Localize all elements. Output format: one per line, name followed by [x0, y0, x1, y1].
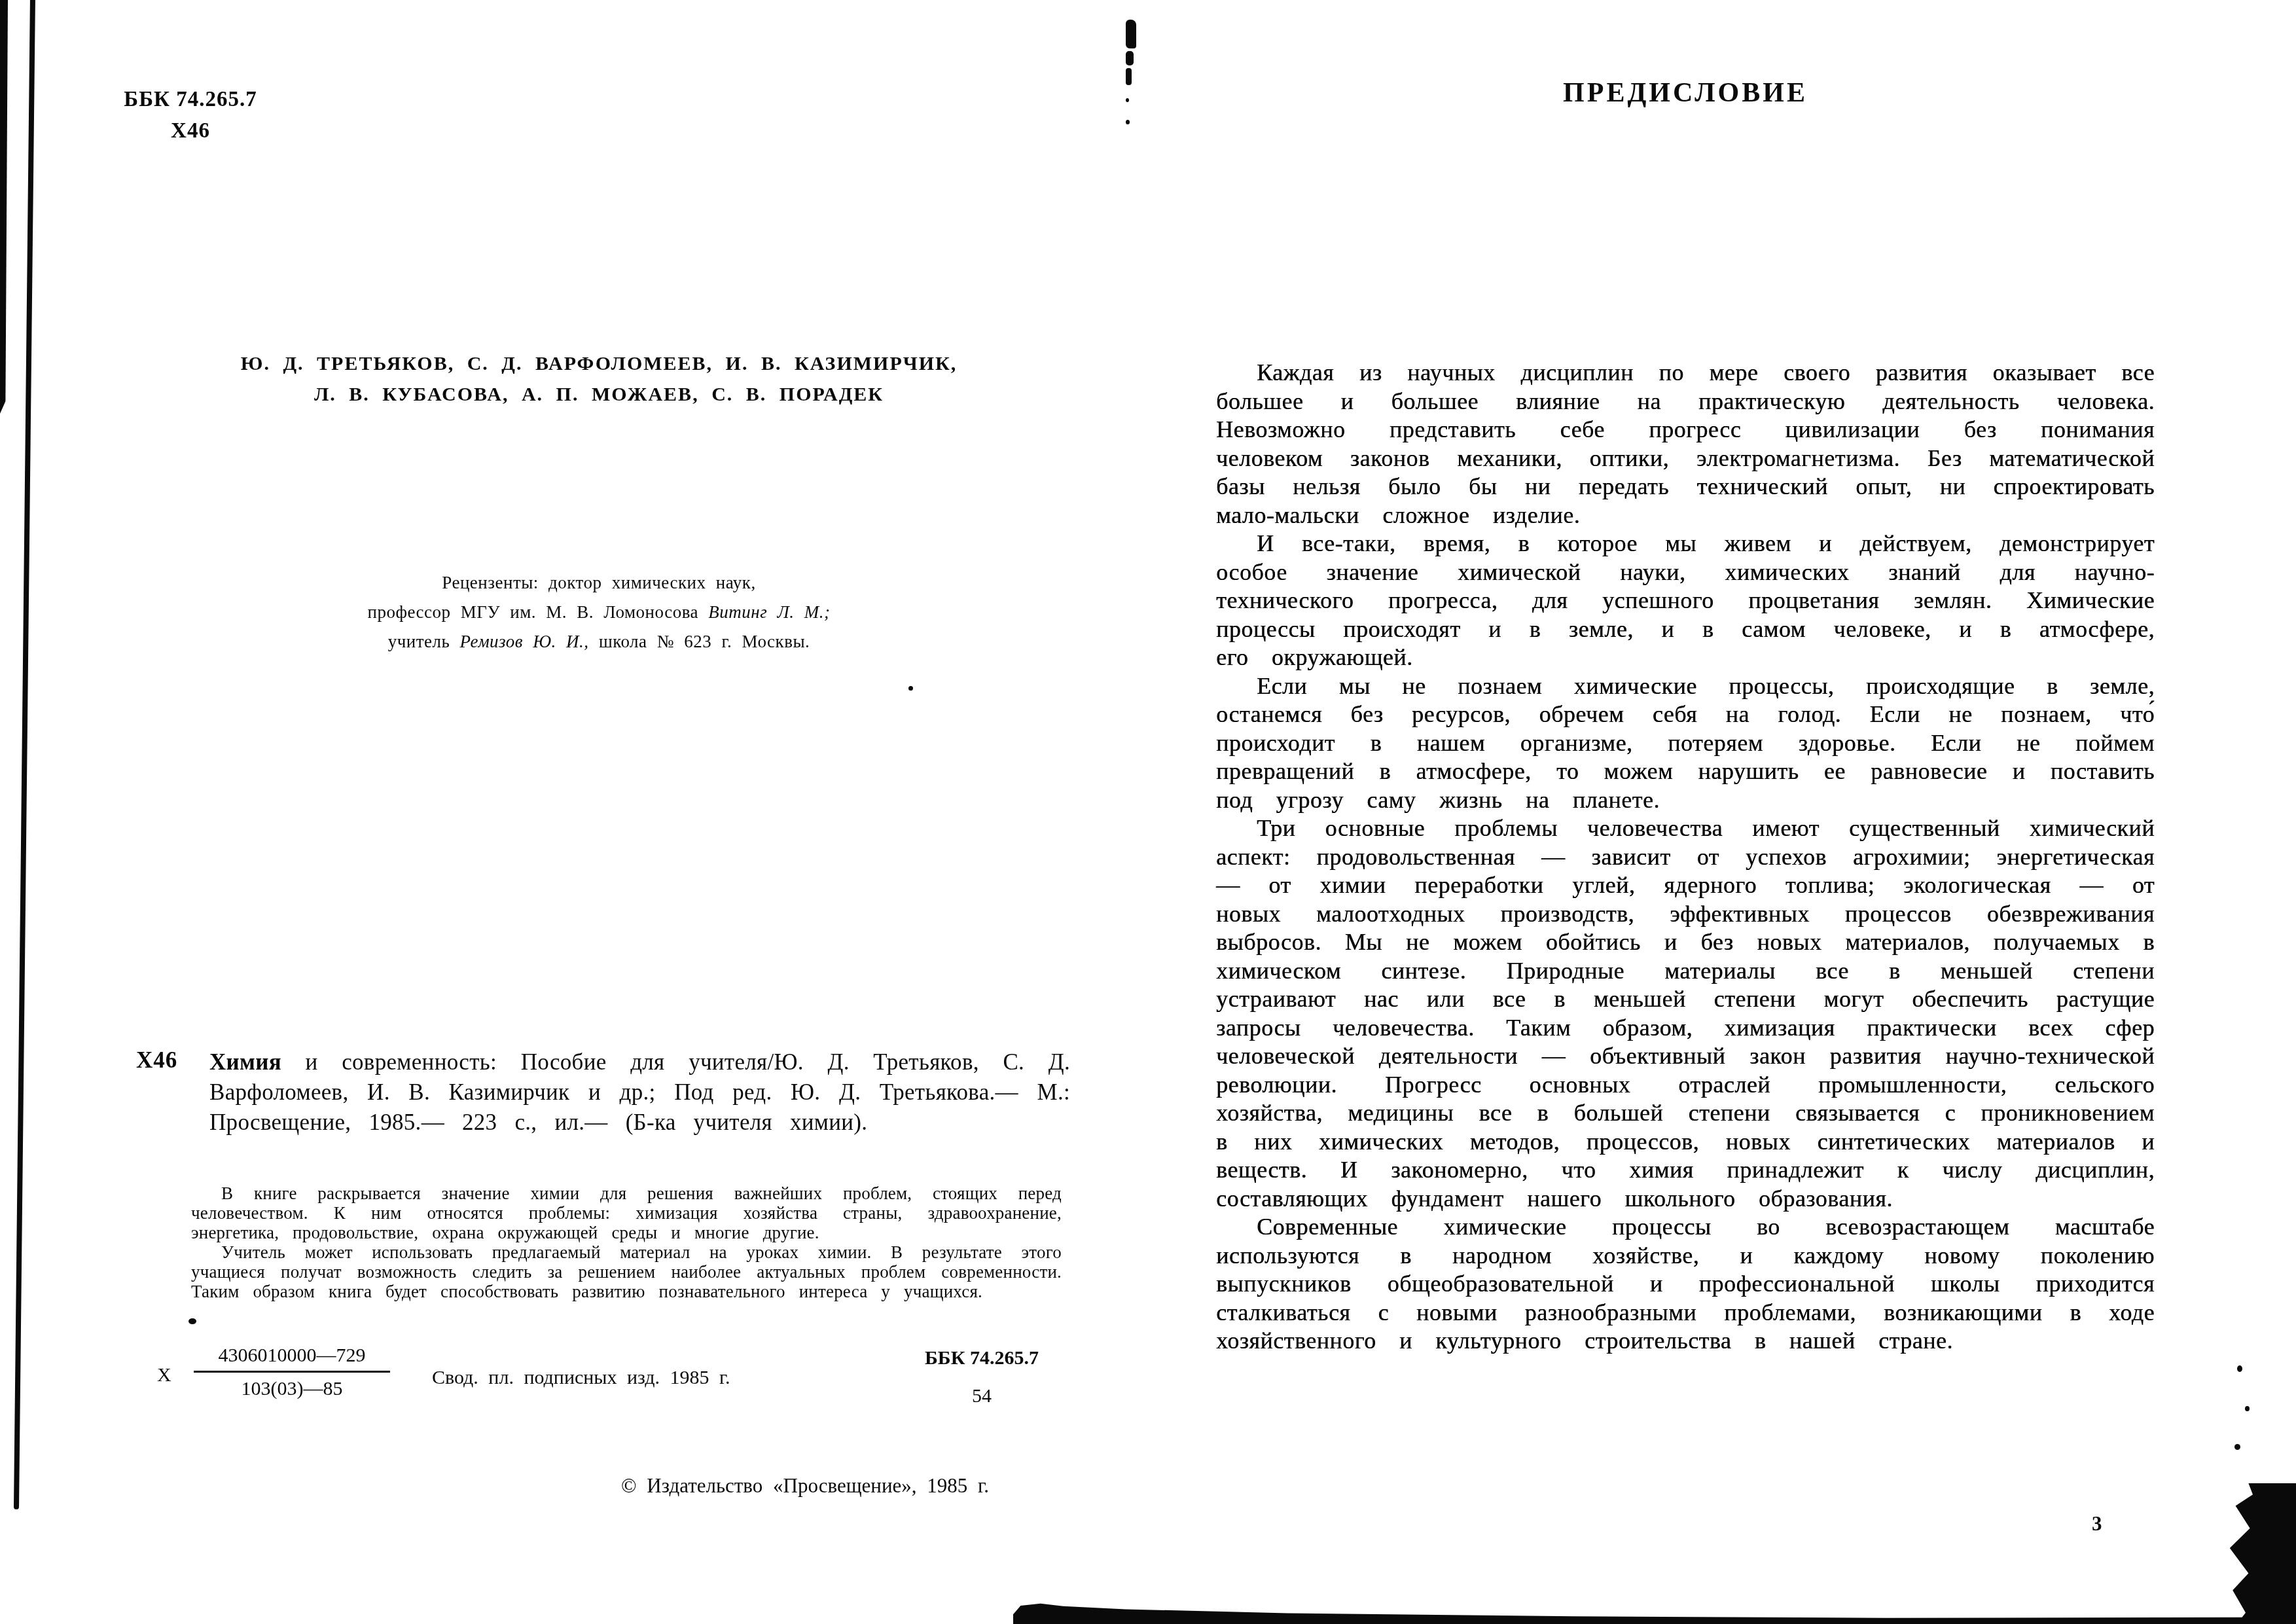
authors-block: Ю. Д. ТРЕТЬЯКОВ, С. Д. ВАРФОЛОМЕЕВ, И. В… [124, 348, 1073, 410]
ink-speck [188, 1318, 196, 1324]
copyright-line: © Издательство «Просвещение», 1985 г. [537, 1474, 1073, 1498]
annotation-paragraph: Учитель может использовать предлагаемый … [191, 1242, 1062, 1301]
reviewers-line: профессор МГУ им. М. В. Ломоносова Витин… [124, 598, 1073, 627]
annotation-paragraph: В книге раскрывается значение химии для … [191, 1183, 1062, 1242]
scan-bottom-shadow [1013, 1598, 2259, 1624]
reviewers-line: учитель Ремизов Ю. И., школа № 623 г. Мо… [124, 627, 1073, 657]
gutter-ink-mark [1126, 51, 1134, 65]
preface-paragraph: Если мы не познаем химические процессы, … [1216, 672, 2155, 815]
preface-paragraph: Каждая из научных дисциплин по мере свое… [1216, 359, 2155, 530]
reviewers-intro: Рецензенты: доктор химических наук, [442, 573, 755, 592]
imprint-letter: Х [157, 1364, 171, 1386]
bbk-code-line: ББК 74.265.7 [122, 84, 259, 115]
imprint-bbk-code: ББК 74.265.7 [925, 1347, 1039, 1369]
catalog-title-bold: Химия [209, 1049, 281, 1075]
gutter-ink-mark [1126, 98, 1129, 102]
gutter-ink-mark [1126, 68, 1132, 85]
imprint-numerator: 4306010000—729 [194, 1343, 390, 1371]
reviewer-name: Ремизов Ю. И., [460, 632, 589, 651]
gutter-ink-mark [1126, 120, 1130, 124]
catalog-author-sign: Х46 [136, 1047, 177, 1074]
annotation-block: В книге раскрывается значение химии для … [191, 1183, 1062, 1301]
reviewer-school: школа № 623 г. Москвы. [589, 632, 810, 651]
imprint-note: Свод. пл. подписных изд. 1985 г. [432, 1367, 730, 1389]
ink-speck [2237, 1365, 2242, 1372]
imprint-denominator: 103(03)—85 [194, 1371, 390, 1401]
reviewer-affiliation: профессор МГУ им. М. В. Ломоносова [368, 602, 709, 622]
ink-speck [908, 686, 913, 691]
ink-speck [2234, 1444, 2240, 1450]
scan-fold-line [14, 0, 35, 1509]
bbk-classification: ББК 74.265.7 Х46 [122, 84, 259, 147]
reviewer-role: учитель [388, 632, 460, 651]
ink-speck [2245, 1406, 2250, 1411]
reviewers-block: Рецензенты: доктор химических наук, проф… [124, 568, 1073, 657]
catalog-entry: Химия и современность: Пособие для учите… [209, 1047, 1070, 1138]
imprint-block: Х 4306010000—729 103(03)—85 Свод. пл. по… [157, 1343, 1086, 1428]
book-spread-scan: ББК 74.265.7 Х46 Ю. Д. ТРЕТЬЯКОВ, С. Д. … [0, 0, 2296, 1624]
authors-line: Л. В. КУБАСОВА, А. П. МОЖАЕВ, С. В. ПОРА… [124, 379, 1073, 410]
preface-paragraph: Три основные проблемы человечества имеют… [1216, 814, 2155, 1213]
reviewers-line: Рецензенты: доктор химических наук, [124, 568, 1073, 598]
imprint-bbk-sub: 54 [890, 1385, 1073, 1407]
preface-paragraph: И все-таки, время, в которое мы живем и … [1216, 530, 2155, 672]
page-number: 3 [2092, 1512, 2102, 1536]
preface-paragraph: Современные химические процессы во всево… [1216, 1213, 2155, 1356]
catalog-entry-text: и современность: Пособие для учителя/Ю. … [209, 1049, 1070, 1135]
imprint-index-fraction: 4306010000—729 103(03)—85 [194, 1343, 390, 1401]
gutter-ink-mark [1126, 20, 1136, 48]
reviewer-name: Витинг Л. М.; [708, 602, 830, 622]
imprint-bbk: ББК 74.265.7 54 [890, 1347, 1073, 1407]
scan-edge-strip [0, 0, 8, 414]
bbk-author-sign: Х46 [122, 115, 259, 147]
scan-corner-shadow [2224, 1483, 2296, 1624]
preface-body: Каждая из научных дисциплин по мере свое… [1216, 359, 2155, 1356]
authors-line: Ю. Д. ТРЕТЬЯКОВ, С. Д. ВАРФОЛОМЕЕВ, И. В… [124, 348, 1073, 379]
preface-heading: ПРЕДИСЛОВИЕ [1216, 77, 2155, 109]
